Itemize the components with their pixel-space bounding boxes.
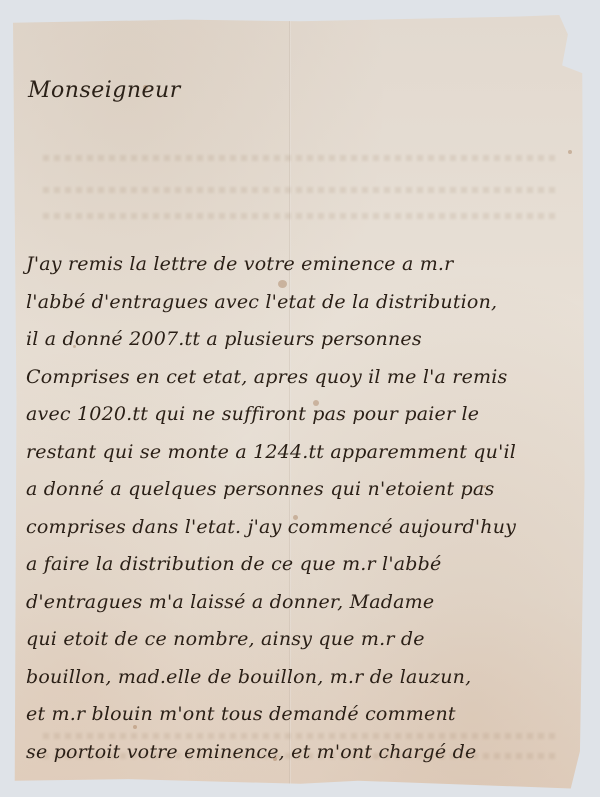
text-line: restant qui se monte a 1244.tt apparemme… [26, 434, 571, 472]
text-line: a donné a quelques personnes qui n'etoie… [26, 471, 571, 509]
text-line: qui etoit de ce nombre, ainsy que m.r de [26, 621, 571, 659]
text-line: avec 1020.tt qui ne suffiront pas pour p… [26, 396, 571, 434]
text-line: Comprises en cet etat, apres quoy il me … [26, 359, 571, 397]
text-line: et m.r blouin m'ont tous demandé comment [26, 696, 571, 734]
bleed-through-text [43, 213, 558, 219]
text-line: bouillon, mad.elle de bouillon, m.r de l… [26, 659, 571, 697]
text-line: se portoit votre eminence, et m'ont char… [26, 734, 571, 772]
letter-body: J'ay remis la lettre de votre eminence a… [26, 246, 571, 771]
text-line: d'entragues m'a laissé a donner, Madame [26, 584, 571, 622]
text-line: comprises dans l'etat. j'ay commencé auj… [26, 509, 571, 547]
salutation: Monseigneur [28, 78, 181, 103]
foxing-spot [568, 150, 572, 154]
bleed-through-text [43, 187, 558, 193]
text-line: J'ay remis la lettre de votre eminence a… [26, 246, 571, 284]
bleed-through-text [43, 155, 558, 161]
text-line: l'abbé d'entragues avec l'etat de la dis… [26, 284, 571, 322]
text-line: il a donné 2007.tt a plusieurs personnes [26, 321, 571, 359]
text-line: a faire la distribution de ce que m.r l'… [26, 546, 571, 584]
